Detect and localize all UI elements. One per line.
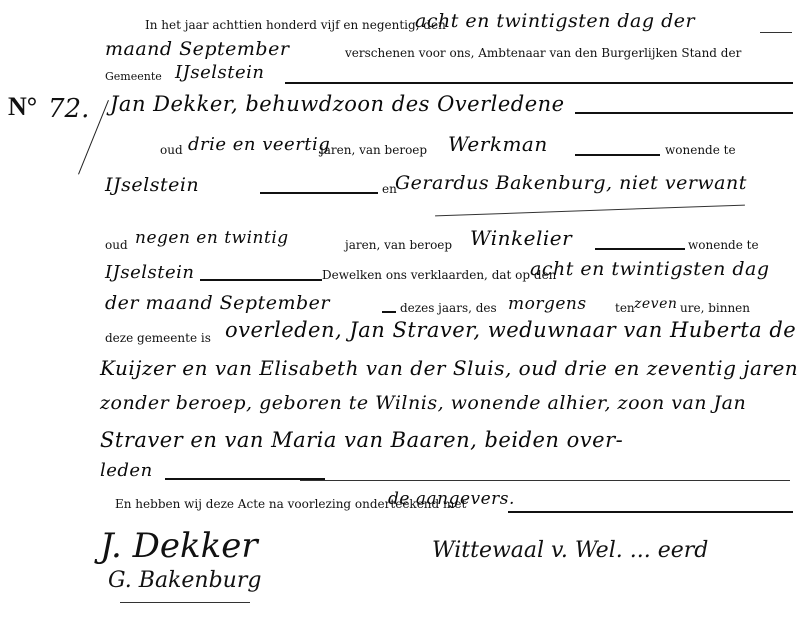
birth-residence-handwritten: zonder beroep, geboren te Wilnis, wonend… [100, 392, 746, 414]
within-text: ure, binnen [680, 301, 750, 315]
year-text: dezes jaars, des [400, 301, 497, 315]
closing-handwritten: de aangevers. [388, 489, 515, 509]
fill-rule [435, 205, 745, 217]
parents-handwritten: Kuijzer en van Elisabeth van der Sluis, … [100, 356, 798, 380]
fill-rule [382, 311, 396, 313]
profession-1-handwritten: Werkman [448, 132, 548, 156]
fill-rule [595, 248, 685, 250]
gemeente-label: Gemeente [105, 70, 162, 83]
signature-flourish [120, 602, 250, 603]
time-of-day-handwritten: morgens [508, 294, 587, 314]
residence-label-2: wonende te [688, 238, 759, 252]
death-month-handwritten: der maand September [105, 292, 330, 314]
at-label: ten [615, 301, 635, 315]
intro-text: In het jaar achttien honderd vijf en neg… [145, 18, 446, 32]
signature-declarant-1: J. Dekker [100, 526, 258, 566]
fill-rule [200, 279, 322, 281]
fill-rule [260, 192, 378, 194]
profession-label-2: jaren, van beroep [345, 238, 452, 252]
appearance-text: verschenen voor ons, Ambtenaar van den B… [345, 46, 741, 60]
residence-2-handwritten: IJselstein [105, 262, 194, 283]
gemeente-handwritten: IJselstein [175, 62, 264, 83]
declarant-1-handwritten: Jan Dekker, behuwdzoon des Overledene [110, 92, 565, 116]
profession-label: jaren, van beroep [320, 143, 427, 157]
residence-label: wonende te [665, 143, 736, 157]
death-date-handwritten: acht en twintigsten dag [530, 258, 770, 280]
hour-handwritten: zeven [634, 296, 677, 312]
number-value: 72. [48, 94, 89, 124]
residence-1-handwritten: IJselstein [105, 174, 199, 196]
age-2-handwritten: negen en twintig [135, 228, 289, 248]
municipality-text: deze gemeente is [105, 331, 211, 345]
oud-label-2: oud [105, 238, 128, 252]
declaration-text: Dewelken ons verklaarden, dat op den [322, 268, 556, 282]
fill-rule [575, 154, 660, 156]
fill-rule [575, 112, 793, 114]
signature-declarant-2: G. Bakenburg [108, 568, 261, 593]
fill-rule [760, 32, 792, 33]
separator-rule [300, 480, 790, 481]
date-month-handwritten: maand September [105, 38, 289, 60]
deceased-suffix-handwritten: leden [100, 460, 153, 481]
fill-rule [285, 82, 793, 84]
profession-2-handwritten: Winkelier [470, 226, 572, 250]
declarant-2-handwritten: Gerardus Bakenburg, niet verwant [395, 172, 747, 194]
father-mother-handwritten: Straver en van Maria van Baaren, beiden … [100, 428, 623, 452]
oud-label: oud [160, 143, 183, 157]
deceased-handwritten: overleden, Jan Straver, weduwnaar van Hu… [225, 318, 796, 342]
fill-rule [508, 511, 793, 513]
date-day-handwritten: acht en twintigsten dag der [415, 10, 695, 32]
number-label: N° [8, 92, 37, 122]
signature-registrar: Wittewaal v. Wel. ... eerd [432, 538, 708, 563]
age-1-handwritten: drie en veertig [188, 134, 330, 155]
